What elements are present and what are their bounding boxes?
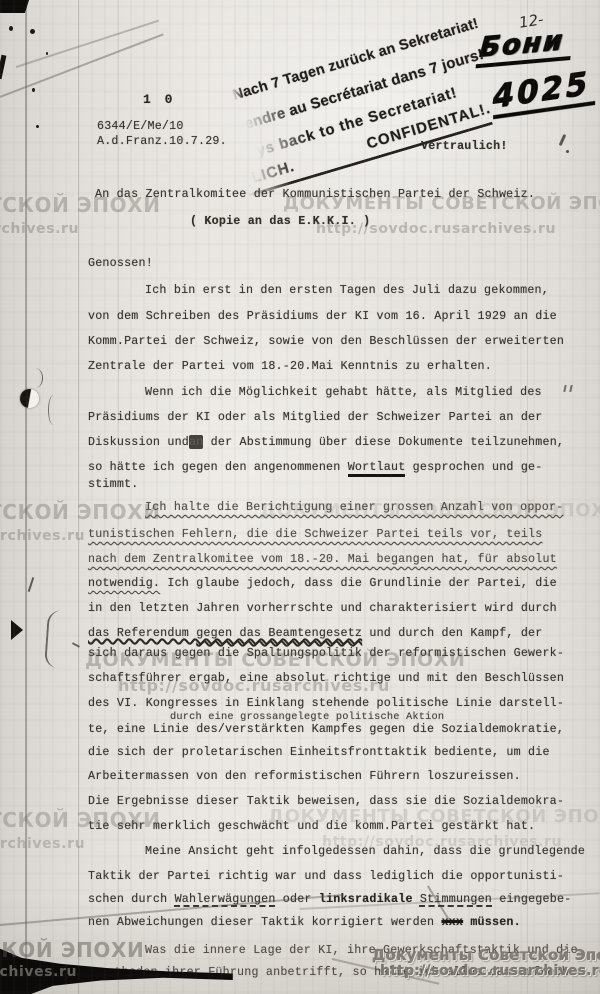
typed-line: Taktik der Partei richtig war und dass l… (88, 868, 564, 884)
typed-line: so hätte ich gegen den angenommenen Wort… (88, 459, 542, 475)
text-segment: der Abstimmung über diese Dokumente teil… (203, 435, 564, 449)
ink-speck (36, 125, 39, 128)
text-segment: Wortlaut (348, 460, 406, 477)
text-segment: Ich glaube jedoch, dass die Grundlinie d… (160, 576, 557, 590)
typed-line: schaftsführer ergab, eine absolut richti… (88, 670, 564, 686)
torn-corner-top-left (0, 0, 29, 13)
text-segment: gesprochen und ge- (405, 460, 542, 474)
typed-line: stimmt. (88, 476, 139, 492)
text-segment: Meine Ansicht geht infolgedessen dahin, … (145, 844, 585, 858)
text-segment: Genossen! (88, 256, 153, 270)
text-segment: Vertraulich! (421, 139, 508, 153)
text-segment: nach dem Zentralkomitee vom 18.-20. Mai … (88, 552, 557, 566)
typed-line: von dem Schreiben des Präsidiums der KI … (88, 308, 557, 324)
typed-line: notwendig. Ich glaube jedoch, dass die G… (88, 575, 557, 591)
typed-line: tunistischen Fehlern, die die Schweizer … (88, 526, 542, 542)
typed-line: Vertraulich! (421, 138, 508, 154)
text-segment: stimmt. (88, 477, 139, 491)
document-page: 1 06344/E/Me/10A.d.Franz.10.7.29.Vertrau… (0, 0, 600, 994)
typed-line: Was die innere Lage der KI, ihre Gewerks… (145, 942, 578, 958)
typed-line: schen durch Wahlerwägungen oder linksrad… (88, 891, 571, 907)
text-segment: A.d.Franz.10.7.29. (97, 134, 227, 148)
text-segment: schen durch (88, 892, 175, 906)
text-segment: tie sehr merklich geschwächt und die kom… (88, 819, 535, 833)
typed-line: Wenn ich die Möglichkeit gehabt hätte, a… (145, 384, 542, 400)
typed-line: Die Ergebnisse dieser Taktik beweisen, d… (88, 793, 564, 809)
typed-line: Zentrale der Partei vom 18.-20.Mai Kennt… (88, 358, 492, 374)
text-segment: schaftsführer ergab, eine absolut richti… (88, 671, 564, 685)
typed-line: das Referendum gegen das Beamtengesetz u… (88, 625, 542, 641)
typed-line: 1 0 (143, 92, 175, 108)
typed-text-layer: 1 06344/E/Me/10A.d.Franz.10.7.29.Vertrau… (0, 0, 600, 994)
typed-line: Ich halte die Berichtigung einer grossen… (145, 499, 563, 515)
typed-line: A.d.Franz.10.7.29. (97, 133, 227, 149)
text-segment (413, 892, 420, 906)
typed-line: An das Zentralkomitee der Kommunistische… (95, 186, 535, 202)
typed-line: 6344/E/Me/10 (97, 118, 184, 134)
typed-line: nach dem Zentralkomitee vom 18.-20. Mai … (88, 551, 557, 567)
typed-line: tie sehr merklich geschwächt und die kom… (88, 818, 535, 834)
typed-line: sich daraus gegen die Spaltungspolitik d… (88, 645, 564, 661)
text-segment: oder (276, 892, 319, 906)
text-segment: Taktik der Partei richtig war und dass l… (88, 869, 564, 883)
ink-speck (46, 52, 48, 55)
text-segment: 1 0 (143, 92, 175, 107)
text-segment: müssen. (470, 915, 521, 929)
text-segment: ( Kopie an das E.K.K.I. ) (190, 214, 370, 228)
typed-line: Arbeitermassen von den reformistischen F… (88, 768, 521, 784)
text-segment: Wahlerwägungen (175, 892, 276, 906)
ink-speck (30, 29, 35, 34)
text-segment: Die Ergebnisse dieser Taktik beweisen, d… (88, 794, 564, 808)
text-segment: Ich halte die Berichtigung einer grossen… (145, 500, 563, 514)
typed-line: die sich der proletarischen Einheitsfron… (88, 744, 550, 760)
ink-blot-triangle (11, 620, 23, 640)
ink-speck (32, 88, 35, 92)
text-segment: Präsidiums der KI oder als Mitglied der … (88, 410, 542, 424)
typed-line: nen Abweichungen dieser Taktik korrigier… (88, 914, 521, 930)
text-segment: gegen das Beamtengesetz (196, 626, 362, 640)
text-segment: te, eine Linie des/verstärkten Kampfes g… (88, 722, 564, 736)
text-segment: An das Zentralkomitee der Kommunistische… (95, 187, 535, 201)
text-segment: tunistischen Fehlern, die die Schweizer … (88, 527, 542, 541)
text-segment: und durch den Kampf, der (362, 626, 542, 640)
text-segment: des VI. Kongresses in Einklang stehende … (88, 696, 564, 710)
text-segment: von dem Schreiben des Präsidiums der KI … (88, 309, 557, 323)
text-segment: Was die innere Lage der KI, ihre Gewerks… (145, 943, 578, 957)
ink-speck (9, 26, 13, 31)
text-segment: Stimmungen (420, 892, 492, 906)
text-segment: Diskussion und (88, 435, 189, 449)
text-segment: xxx (441, 915, 463, 929)
typed-line: in den letzten Jahren vorherrschte und c… (88, 600, 557, 616)
text-segment: der reformistischen Gewerk- (362, 646, 564, 660)
text-segment: Zentrale der Partei vom 18.-20.Mai Kennt… (88, 359, 492, 373)
typed-line: Präsidiums der KI oder als Mitglied der … (88, 409, 542, 425)
typed-line: ( Kopie an das E.K.K.I. ) (190, 213, 370, 229)
text-segment: 6344/E/Me/10 (97, 119, 184, 133)
typed-line: Diskussion undan der Abstimmung über die… (88, 434, 564, 450)
text-segment: Wenn ich die Möglichkeit gehabt hätte, a… (145, 385, 542, 399)
text-segment: Komm.Partei der Schweiz, sowie von den B… (88, 334, 564, 348)
text-segment: in den letzten Jahren vorherrschte und c… (88, 601, 557, 615)
ink-speck (566, 150, 569, 153)
text-segment: das Referendum (88, 626, 196, 640)
text-segment: linksradikale (319, 892, 413, 906)
text-segment: so hätte ich gegen den angenommenen (88, 460, 348, 474)
text-segment: Ich bin erst in den ersten Tagen des Jul… (145, 283, 549, 297)
typed-line: te, eine Linie des/verstärkten Kampfes g… (88, 721, 564, 737)
typed-line: Komm.Partei der Schweiz, sowie von den B… (88, 333, 564, 349)
text-segment: die sich der proletarischen Einheitsfron… (88, 745, 550, 759)
typed-line: Ich bin erst in den ersten Tagen des Jul… (145, 282, 549, 298)
text-segment: an (189, 435, 203, 449)
typed-line: Meine Ansicht geht infolgedessen dahin, … (145, 843, 585, 859)
text-segment: sich daraus gegen die Spaltungspolitik (88, 646, 362, 660)
text-segment: Arbeitermassen von den reformistischen F… (88, 769, 521, 783)
text-segment: nen Abweichungen dieser Taktik korrigier… (88, 915, 441, 929)
typed-line: Genossen! (88, 255, 153, 271)
punch-hole (20, 389, 39, 408)
pencil-mark (48, 395, 57, 425)
text-segment: eingegebe- (492, 892, 571, 906)
text-segment: notwendig. (88, 576, 160, 590)
